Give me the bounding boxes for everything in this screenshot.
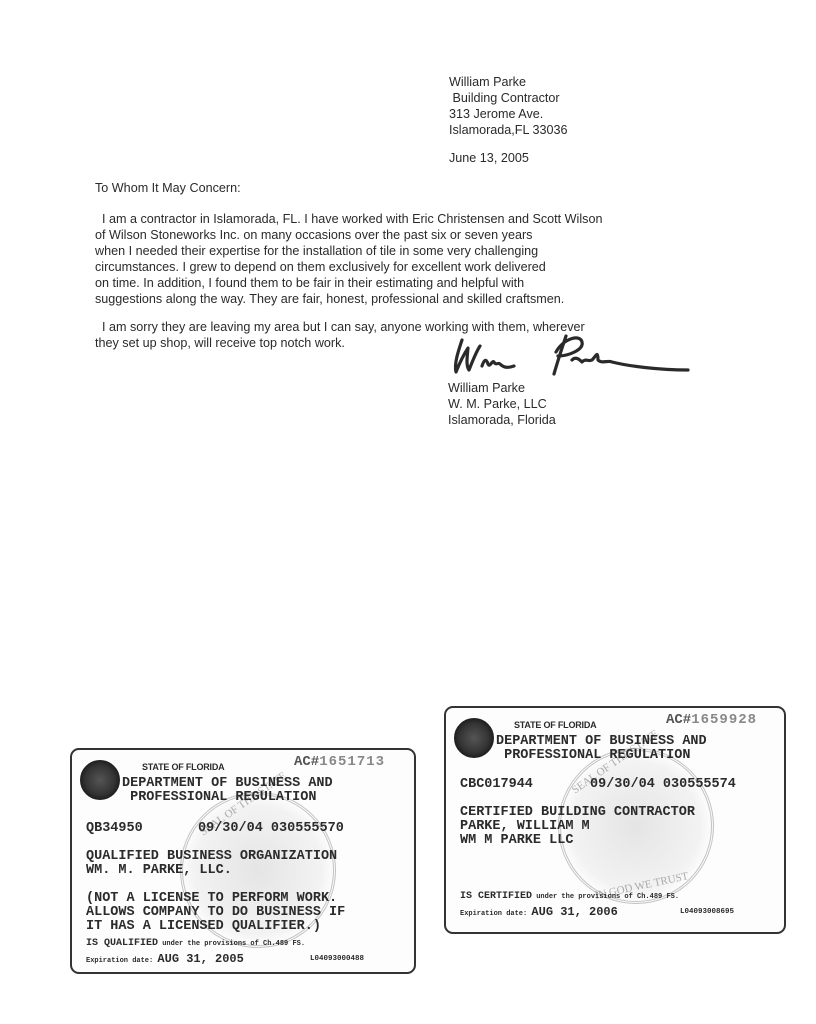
paragraph-line: suggestions along the way. They are fair… <box>95 291 602 307</box>
paragraph-line: when I needed their expertise for the in… <box>95 243 602 259</box>
letter-date: June 13, 2005 <box>449 150 529 166</box>
card-license-number: QB34950 <box>86 822 143 836</box>
card-expiration: Expiration date: AUG 31, 2006 <box>460 905 618 919</box>
signature-icon <box>448 330 693 378</box>
paragraph-line: I am a contractor in Islamorada, FL. I h… <box>95 211 602 227</box>
sender-city: Islamorada,FL 33036 <box>449 122 568 138</box>
card-date-code: 09/30/04 030555574 <box>590 778 736 792</box>
license-card-cbc: SEAL OF THE STATE IN GOD WE TRUST STATE … <box>444 706 786 934</box>
card-notice: (NOT A LICENSE TO PERFORM WORK. ALLOWS C… <box>86 892 345 934</box>
card-expiration: Expiration date: AUG 31, 2005 <box>86 952 244 966</box>
paragraph-1: I am a contractor in Islamorada, FL. I h… <box>95 211 602 307</box>
closing-company: W. M. Parke, LLC <box>448 396 556 412</box>
florida-seal-icon <box>454 718 494 758</box>
card-control-number: L04093000488 <box>310 955 364 963</box>
closing-name: William Parke <box>448 380 556 396</box>
card-department: DEPARTMENT OF BUSINESS AND PROFESSIONAL … <box>496 735 707 763</box>
salutation: To Whom It May Concern: <box>95 180 241 196</box>
paragraph-line: on time. In addition, I found them to be… <box>95 275 602 291</box>
card-ac-number: AC#1659928 <box>666 712 757 728</box>
card-holder: QUALIFIED BUSINESS ORGANIZATION WM. M. P… <box>86 850 337 878</box>
card-status: IS CERTIFIED under the provisions of Ch.… <box>460 891 679 902</box>
sender-street: 313 Jerome Ave. <box>449 106 568 122</box>
paragraph-line: of Wilson Stoneworks Inc. on many occasi… <box>95 227 602 243</box>
florida-seal-icon <box>80 760 120 800</box>
license-card-qb: SEAL OF THE STATE STATE OF FLORIDA AC#16… <box>70 748 416 974</box>
sender-name: William Parke <box>449 74 568 90</box>
card-department: DEPARTMENT OF BUSINESS AND PROFESSIONAL … <box>122 777 333 805</box>
card-date-code: 09/30/04 030555570 <box>198 822 344 836</box>
card-ac-number: AC#1651713 <box>294 754 385 770</box>
sender-title: Building Contractor <box>449 90 568 106</box>
card-holder: CERTIFIED BUILDING CONTRACTOR PARKE, WIL… <box>460 806 695 848</box>
sender-address: William Parke Building Contractor 313 Je… <box>449 74 568 138</box>
card-state: STATE OF FLORIDA <box>514 720 596 730</box>
closing-block: William Parke W. M. Parke, LLC Islamorad… <box>448 380 556 428</box>
card-state: STATE OF FLORIDA <box>142 762 224 772</box>
closing-location: Islamorada, Florida <box>448 412 556 428</box>
card-license-number: CBC017944 <box>460 778 533 792</box>
paragraph-line: circumstances. I grew to depend on them … <box>95 259 602 275</box>
card-control-number: L04093008695 <box>680 908 734 916</box>
card-status: IS QUALIFIED under the provisions of Ch.… <box>86 938 305 949</box>
